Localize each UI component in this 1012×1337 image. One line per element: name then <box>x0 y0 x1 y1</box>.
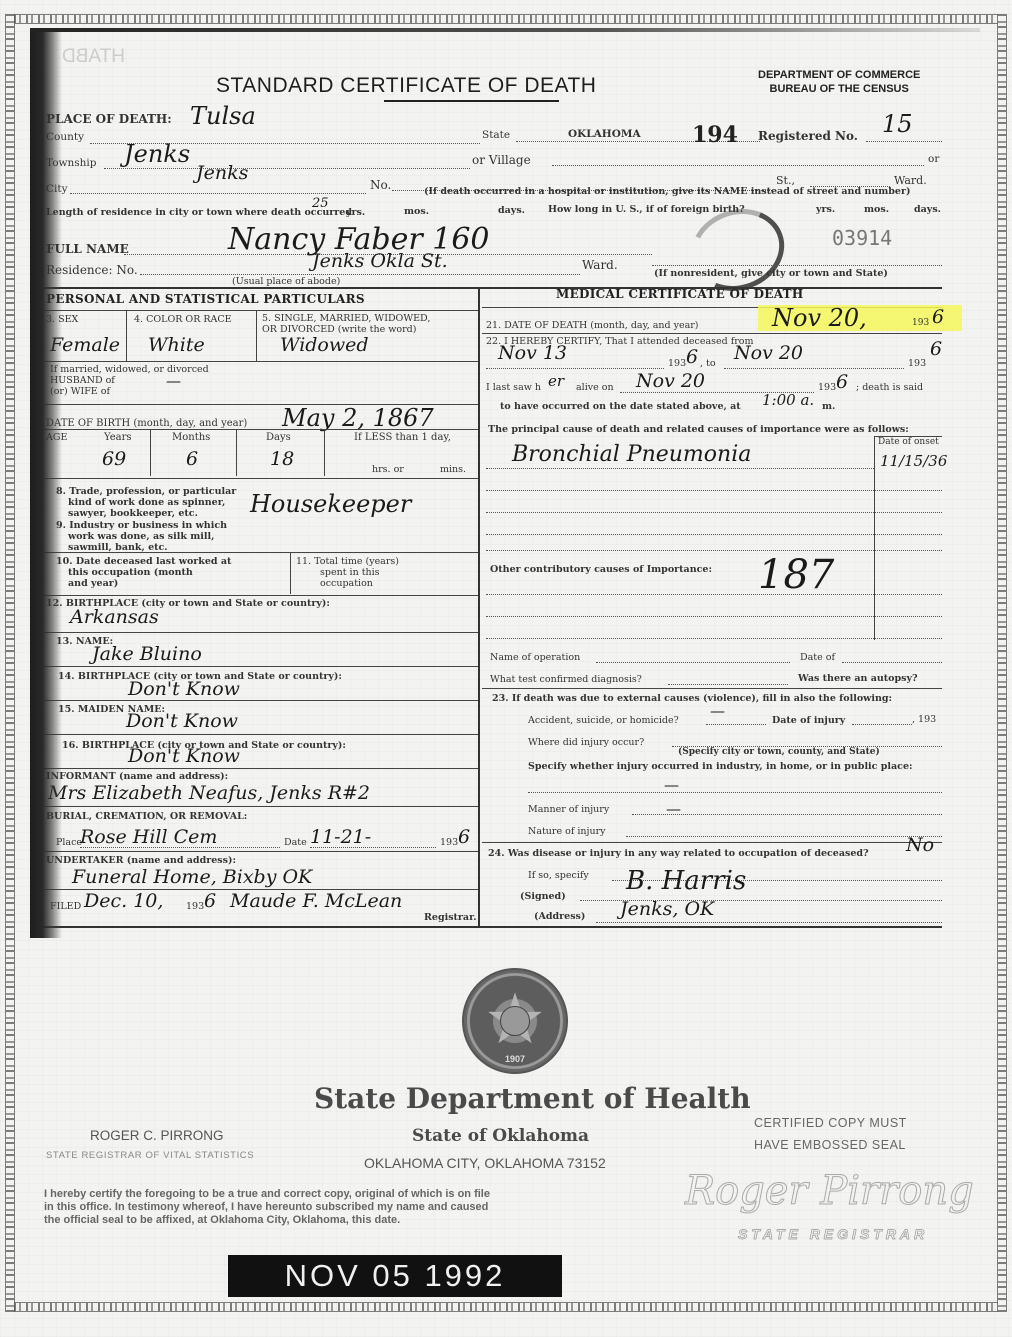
informant-value: Mrs Elizabeth Neafus, Jenks R#2 <box>48 782 370 804</box>
physician-signature: B. Harris <box>626 866 746 896</box>
certificate-title: STANDARD CERTIFICATE OF DEATH <box>216 74 596 98</box>
spouse-value: — <box>166 372 181 390</box>
trade-label-line-3: sawyer, bookkeeper, etc. <box>56 508 236 519</box>
seal-year: 1907 <box>464 1054 566 1064</box>
certification-line-3: the official seal to be affixed, at Okla… <box>44 1214 490 1227</box>
photocopy-edge-shadow <box>30 28 62 938</box>
years-label: Years <box>104 432 132 443</box>
state-value: OKLAHOMA <box>568 128 641 140</box>
burial-label: BURIAL, CREMATION, OR REMOVAL: <box>46 811 247 822</box>
burial-place-value: Rose Hill Cem <box>80 826 217 848</box>
state-label: State <box>482 129 510 141</box>
mins-label: mins. <box>440 464 466 475</box>
occupation-related-label: 24. Was disease or injury in any way rel… <box>488 848 869 859</box>
total-time-label: 11. Total time (years) spent in this occ… <box>296 556 399 589</box>
time-of-death-value: 1:00 a. <box>762 391 814 409</box>
certified-copy-notice-line-1: CERTIFIED COPY MUST <box>754 1116 907 1130</box>
alive-on-value: Nov 20 <box>636 370 705 392</box>
alive-on-year-prefix: 193 <box>818 382 836 393</box>
residence-ward-label: Ward. <box>582 258 618 272</box>
marital-value: Widowed <box>280 334 369 356</box>
ornamental-border-left <box>5 14 15 1312</box>
attended-to-year-prefix: 193 <box>908 358 926 369</box>
great-seal-of-oklahoma: ★ 1907 <box>462 968 568 1074</box>
race-label: 4. COLOR OR RACE <box>134 314 232 325</box>
ghost-mirrored-text: HTABD <box>62 46 125 68</box>
residence-length-value: 25 <box>312 196 329 211</box>
registrar-label: Registrar. <box>424 912 477 923</box>
burial-date-label: Date <box>284 837 307 848</box>
foreign-mos-label: mos. <box>864 204 889 215</box>
months-value: 6 <box>186 448 198 470</box>
spouse-label-line-1: If married, widowed, or divorced <box>50 364 209 375</box>
m-label: m. <box>822 401 835 412</box>
principal-cause-label: The principal cause of death and related… <box>488 424 909 435</box>
marital-label-line-1: 5. SINGLE, MARRIED, WIDOWED, <box>262 313 430 324</box>
abode-note: (Usual place of abode) <box>232 276 340 287</box>
test-label: What test confirmed diagnosis? <box>490 674 642 685</box>
registration-district-number: 194 <box>692 122 738 148</box>
attended-from-year-prefix: 193 <box>668 358 686 369</box>
manner-value: — <box>666 800 681 818</box>
address-label: (Address) <box>534 911 585 922</box>
months-label: Months <box>172 432 210 443</box>
no-label: No. <box>370 178 391 192</box>
hospital-note: (If death occurred in a hospital or inst… <box>424 186 910 197</box>
foreign-days-label: days. <box>914 204 941 215</box>
years-value: 69 <box>102 448 126 470</box>
nonresident-note: (If nonresident, give city or town and S… <box>654 268 888 279</box>
burial-year-value: 6 <box>458 826 470 848</box>
ornamental-border-top <box>14 14 998 24</box>
date-of-onset-label: Date of onset <box>878 437 939 447</box>
death-certificate-page: HTABD STANDARD CERTIFICATE OF DEATH DEPA… <box>0 0 1012 1337</box>
signed-label: (Signed) <box>520 891 566 902</box>
place-of-death-heading: PLACE OF DEATH: <box>46 112 172 126</box>
certification-line-1: I hereby certify the foregoing to be a t… <box>44 1188 490 1201</box>
ornamental-border-right <box>997 14 1007 1312</box>
state-of-oklahoma-title: State of Oklahoma <box>412 1126 589 1146</box>
last-saw-pronoun: er <box>548 372 564 390</box>
embossed-registrar-title: STATE REGISTRAR <box>738 1226 928 1242</box>
occurred-label: to have occurred on the date stated abov… <box>500 401 741 412</box>
marital-label: 5. SINGLE, MARRIED, WIDOWED, OR DIVORCED… <box>262 313 430 335</box>
certification-line-2: in this office. In testimony whereof, I … <box>44 1201 490 1214</box>
trade-label: 8. Trade, profession, or particular kind… <box>56 486 236 519</box>
issue-date-stamp: NOV 05 1992 <box>228 1255 562 1297</box>
spouse-label: If married, widowed, or divorced HUSBAND… <box>50 364 209 397</box>
dob-label: DATE OF BIRTH (month, day, and year) <box>46 418 247 429</box>
personal-section-heading: PERSONAL AND STATISTICAL PARTICULARS <box>46 292 365 306</box>
last-worked-line-2: this occupation (month <box>56 567 231 578</box>
onset-value: 11/15/36 <box>880 452 947 470</box>
last-saw-label: I last saw h <box>486 382 541 393</box>
attended-from-year: 6 <box>686 346 698 368</box>
foreign-yrs-label: yrs. <box>816 204 835 215</box>
dob-value: May 2, 1867 <box>282 404 434 432</box>
last-worked-label: 10. Date deceased last worked at this oc… <box>56 556 231 589</box>
divider-main <box>40 287 942 289</box>
filed-year-value: 6 <box>204 890 216 912</box>
department-heading: DEPARTMENT OF COMMERCE BUREAU OF THE CEN… <box>758 68 920 96</box>
photocopy-top-shadow <box>30 28 980 32</box>
principal-cause-value: Bronchial Pneumonia <box>512 442 751 467</box>
trade-value: Housekeeper <box>250 490 411 518</box>
injury-date-label: Date of injury <box>772 715 845 726</box>
burial-date-value: 11-21- <box>310 826 371 848</box>
date-of-death-label: 21. DATE OF DEATH (month, day, and year) <box>486 320 699 331</box>
last-worked-line-1: 10. Date deceased last worked at <box>56 556 231 567</box>
certified-copy-notice-line-2: HAVE EMBOSSED SEAL <box>754 1138 906 1152</box>
to-label: , to <box>700 358 716 369</box>
total-time-line-2: spent in this <box>296 567 399 578</box>
operation-date-label: Date of <box>800 652 835 663</box>
filed-value: Dec. 10, <box>84 890 163 912</box>
hrs-label: hrs. or <box>372 464 404 475</box>
or-label: or <box>928 153 939 165</box>
registered-no-label: Registered No. <box>758 129 858 143</box>
other-causes-label: Other contributory causes of Importance: <box>490 564 712 575</box>
date-of-death-value: Nov 20, <box>772 304 867 332</box>
informant-label: INFORMANT (name and address): <box>46 771 228 782</box>
death-said-label: ; death is said <box>856 382 923 393</box>
mos-label: mos. <box>404 206 429 217</box>
accident-value: — <box>710 702 725 720</box>
last-worked-line-3: and year) <box>56 578 231 589</box>
industry-label-line-2: work was done, as silk mill, <box>56 531 227 542</box>
attended-to-year: 6 <box>930 338 942 360</box>
filed-year-prefix: 193 <box>186 901 204 912</box>
accident-label: Accident, suicide, or homicide? <box>528 715 679 726</box>
physician-address: Jenks, OK <box>620 898 714 920</box>
mother-birthplace-value: Don't Know <box>128 745 240 767</box>
father-name-value: Jake Bluino <box>92 643 202 665</box>
department-line-1: DEPARTMENT OF COMMERCE <box>758 68 920 82</box>
date-of-death-year-prefix: 193 <box>912 318 929 328</box>
where-injury-label: Where did injury occur? <box>528 737 644 748</box>
industry-label-line-1: 9. Industry or business in which <box>56 520 227 531</box>
residence-value: Jenks Okla St. <box>312 250 448 272</box>
less-than-label: If LESS than 1 day, <box>354 432 451 443</box>
township-value: Jenks <box>124 140 190 168</box>
industry-label: 9. Industry or business in which work wa… <box>56 520 227 553</box>
days-label: Days <box>266 432 291 443</box>
registrar-name: ROGER C. PIRRONG <box>90 1128 224 1143</box>
spouse-label-line-3: (or) WIFE of <box>50 386 209 397</box>
days-value: 18 <box>270 448 294 470</box>
attended-to-value: Nov 20 <box>734 342 803 364</box>
date-of-death-year-value: 6 <box>932 306 944 328</box>
department-of-health-title: State Department of Health <box>314 1082 751 1115</box>
external-causes-label: 23. If death was due to external causes … <box>492 693 892 704</box>
title-underline <box>384 100 559 102</box>
ornamental-border-bottom <box>14 1302 998 1312</box>
if-so-label: If so, specify <box>528 870 589 881</box>
autopsy-label: Was there an autopsy? <box>798 673 918 684</box>
race-value: White <box>148 334 205 356</box>
mother-maiden-value: Don't Know <box>126 710 238 732</box>
burial-year-prefix: 193 <box>440 837 458 848</box>
manner-label: Manner of injury <box>528 804 609 815</box>
certification-statement: I hereby certify the foregoing to be a t… <box>44 1188 490 1227</box>
registered-no-value: 15 <box>882 110 913 138</box>
occupation-related-value: No <box>906 834 934 856</box>
operation-label: Name of operation <box>490 652 580 663</box>
city-value: Jenks <box>196 162 248 184</box>
department-address: OKLAHOMA CITY, OKLAHOMA 73152 <box>364 1155 606 1171</box>
column-divider <box>478 287 480 927</box>
registrar-title: STATE REGISTRAR OF VITAL STATISTICS <box>46 1150 254 1161</box>
alive-on-label: alive on <box>576 382 614 393</box>
yrs-label: yrs. <box>346 207 365 218</box>
total-time-line-3: occupation <box>296 578 399 589</box>
trade-label-line-1: 8. Trade, profession, or particular <box>56 486 236 497</box>
medical-section-heading: MEDICAL CERTIFICATE OF DEATH <box>556 287 804 301</box>
department-line-2: BUREAU OF THE CENSUS <box>758 82 920 96</box>
spouse-label-line-2: HUSBAND of <box>50 375 209 386</box>
father-birthplace-value: Don't Know <box>128 678 240 700</box>
certificate-stamp-number: 03914 <box>832 226 892 250</box>
injury-year-label: , 193 <box>912 714 936 725</box>
residence-length-label: Length of residence in city or town wher… <box>46 207 352 218</box>
foreign-birth-label: How long in U. S., if of foreign birth? <box>548 204 745 215</box>
attended-from-value: Nov 13 <box>498 342 567 364</box>
birthplace-value: Arkansas <box>70 606 159 628</box>
nature-label: Nature of injury <box>528 826 605 837</box>
seal-center-emblem <box>500 1006 530 1036</box>
days-label: days. <box>498 205 525 216</box>
alive-on-year: 6 <box>836 371 848 393</box>
undertaker-label: UNDERTAKER (name and address): <box>46 855 236 866</box>
village-label: or Village <box>472 153 531 167</box>
registrar-signature: Maude F. McLean <box>230 890 402 912</box>
trade-label-line-2: kind of work done as spinner, <box>56 497 236 508</box>
other-causes-mark: 187 <box>758 552 834 598</box>
where-injury-note: (Specify city or town, county, and State… <box>678 747 880 757</box>
county-value: Tulsa <box>190 102 256 130</box>
total-time-line-1: 11. Total time (years) <box>296 556 399 567</box>
undertaker-value: Funeral Home, Bixby OK <box>72 866 312 888</box>
specify-injury-label: Specify whether injury occurred in indus… <box>528 761 913 772</box>
